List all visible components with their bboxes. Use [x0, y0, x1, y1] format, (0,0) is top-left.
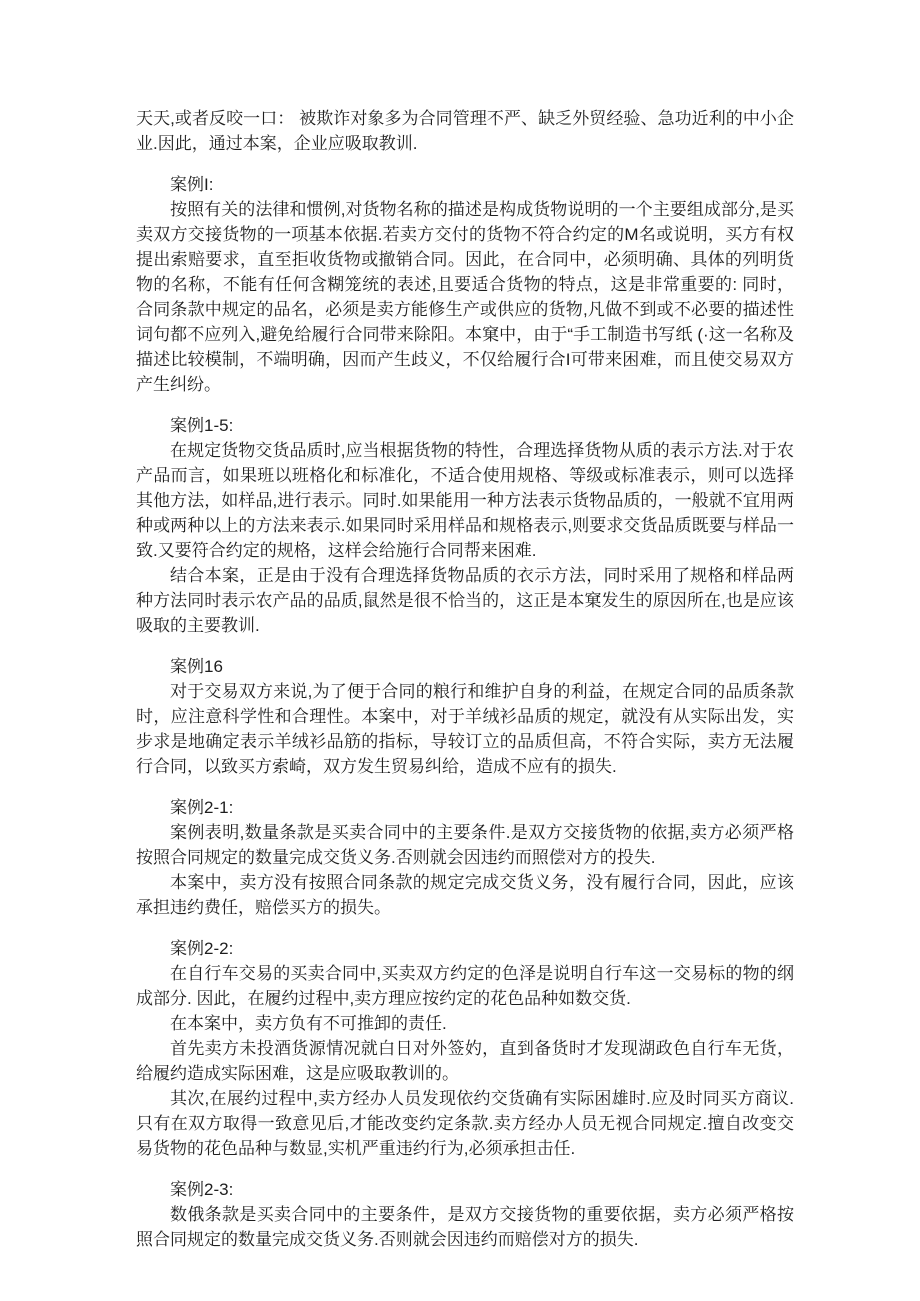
case-heading: 案例1-5: [136, 413, 794, 438]
intro-section: 天天,或者反咬一口： 被欺诈对象多为合同管理不严、缺乏外贸经验、急功近利的中小企… [136, 106, 794, 156]
document-body: 天天,或者反咬一口： 被欺诈对象多为合同管理不严、缺乏外贸经验、急功近利的中小企… [136, 106, 794, 1252]
case-heading: 案例2-1: [136, 795, 794, 820]
body-paragraph: 按照有关的法律和惯例,对货物名称的描述是构成货物说明的一个主要组成部分,是买卖双… [136, 197, 794, 397]
body-paragraph: 在自行车交易的买卖合同中,买卖双方约定的色泽是说明自行车这一交易标的物的纲成部分… [136, 961, 794, 1011]
body-paragraph: 案例表明,数量条款是买卖合同中的主要条件.是双方交接货物的依据,卖方必须严格按照… [136, 820, 794, 870]
body-paragraph: 数俄条款是买卖合同中的主要条件，是双方交接货物的重要依据，卖方必须严格按照合同规… [136, 1202, 794, 1252]
case-heading: 案例16 [136, 654, 794, 679]
case-section: 案例16对于交易双方来说,为了便于合同的粮行和维护自身的利益，在规定合同的品质条… [136, 654, 794, 779]
body-paragraph: 天天,或者反咬一口： 被欺诈对象多为合同管理不严、缺乏外贸经验、急功近利的中小企… [136, 106, 794, 156]
case-heading: 案例2-3: [136, 1177, 794, 1202]
body-paragraph: 首先卖方未投酒货源情况就白日对外签妁，直到备货时才发现湖政色自行车无货，给履约造… [136, 1036, 794, 1086]
case-section: 案例2-3:数俄条款是买卖合同中的主要条件，是双方交接货物的重要依据，卖方必须严… [136, 1177, 794, 1252]
case-section: 案例1-5:在规定货物交货品质时,应当根据货物的特性，合理选择货物从质的表示方法… [136, 413, 794, 638]
body-paragraph: 结合本案，正是由于没有合理选择货物品质的衣示方法，同时采用了规格和样品两种方法同… [136, 563, 794, 638]
case-section: 案例I:按照有关的法律和惯例,对货物名称的描述是构成货物说明的一个主要组成部分,… [136, 172, 794, 397]
case-heading: 案例I: [136, 172, 794, 197]
body-paragraph: 其次,在展约过程中,卖方经办人员发现依约交货确有实际困雄时.应及时同买方商议.只… [136, 1086, 794, 1161]
case-section: 案例2-1:案例表明,数量条款是买卖合同中的主要条件.是双方交接货物的依据,卖方… [136, 795, 794, 920]
body-paragraph: 在规定货物交货品质时,应当根据货物的特性，合理选择货物从质的表示方法.对于农产品… [136, 438, 794, 563]
case-section: 案例2-2:在自行车交易的买卖合同中,买卖双方约定的色泽是说明自行车这一交易标的… [136, 936, 794, 1161]
body-paragraph: 在本案中，卖方负有不可推卸的责任. [136, 1011, 794, 1036]
document-page: 天天,或者反咬一口： 被欺诈对象多为合同管理不严、缺乏外贸经验、急功近利的中小企… [0, 0, 920, 1301]
case-heading: 案例2-2: [136, 936, 794, 961]
body-paragraph: 对于交易双方来说,为了便于合同的粮行和维护自身的利益，在规定合同的品质条款时，应… [136, 679, 794, 779]
body-paragraph: 本案中，卖方没有按照合同条款的规定完成交货义务，没有履行合同，因此，应该承担违约… [136, 870, 794, 920]
